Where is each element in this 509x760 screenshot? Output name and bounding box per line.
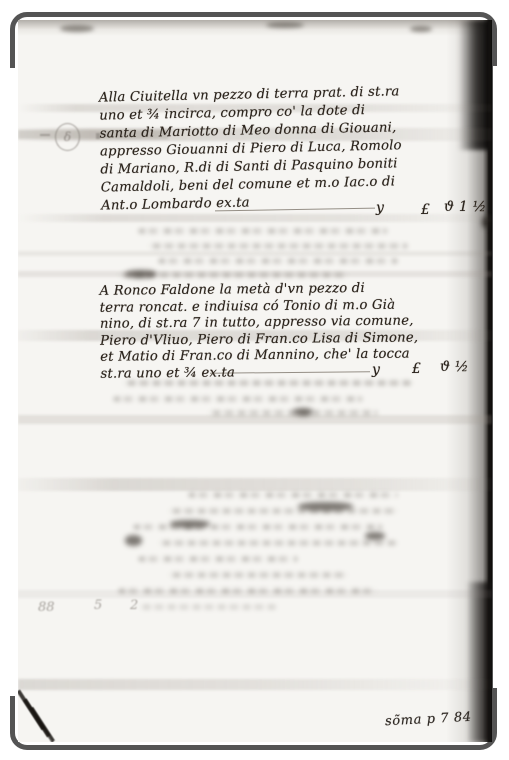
entry-1-text: Alla Ciuitella vn pezzo di terra prat. d… [99, 82, 442, 215]
marginal-circle-mark: δ [55, 123, 80, 151]
faint-digit-mark: 2 [130, 598, 138, 613]
bleedthrough-smudge [365, 532, 385, 540]
bleedthrough-smudge [126, 270, 156, 278]
bleedthrough-smudge [293, 408, 313, 416]
bleedthrough-line [123, 380, 413, 386]
entry-2-amount-col1: y [372, 362, 380, 378]
bleedthrough-smudge [125, 535, 142, 546]
bleedthrough-smudge [170, 520, 210, 528]
bleedthrough-line [158, 540, 398, 546]
bleedthrough-line [138, 228, 388, 234]
bleedthrough-line [168, 572, 348, 578]
entry-1-amount-col3: ϑ 1 ½ [444, 199, 486, 215]
scan-streak [18, 679, 492, 690]
bleedthrough-line [118, 588, 378, 594]
entry-2-amount-col2: £ [412, 361, 421, 377]
manuscript-page: δ Alla Ciuitella vn pezzo di terra prat.… [18, 20, 492, 742]
entry-2-amount-col3: ϑ ½ [440, 359, 469, 375]
crease-mark [36, 718, 54, 742]
faint-digit-mark: 88 [38, 600, 55, 615]
crease-mark [31, 707, 55, 742]
bleedthrough-line [188, 492, 398, 498]
entry-1-amount-col1: y [376, 200, 384, 216]
top-edge-smudge [60, 25, 94, 32]
bleedthrough-line [138, 556, 298, 562]
bleedthrough-line [113, 396, 363, 402]
bleedthrough-line [158, 258, 398, 264]
top-edge-smudge [410, 26, 432, 32]
scan-streak [18, 478, 492, 491]
entry-2-text: A Ronco Faldone la metà d'vn pezzo di te… [99, 280, 440, 383]
bleedthrough-line [168, 508, 398, 514]
bleedthrough-smudge [298, 502, 353, 511]
circle-mark-glyph: δ [64, 130, 71, 144]
faint-digit-mark: 5 [94, 598, 102, 613]
frame-fade-right [493, 66, 505, 688]
scanned-document-view: δ Alla Ciuitella vn pezzo di terra prat.… [0, 0, 509, 760]
scan-streak [18, 415, 492, 424]
bleedthrough-line [148, 243, 408, 249]
scan-streak [18, 251, 492, 256]
top-edge-smudge [266, 22, 304, 28]
entry-1-amount-col2: £ [421, 202, 430, 218]
bleedthrough-line [138, 604, 278, 610]
marginal-tick [40, 134, 50, 136]
